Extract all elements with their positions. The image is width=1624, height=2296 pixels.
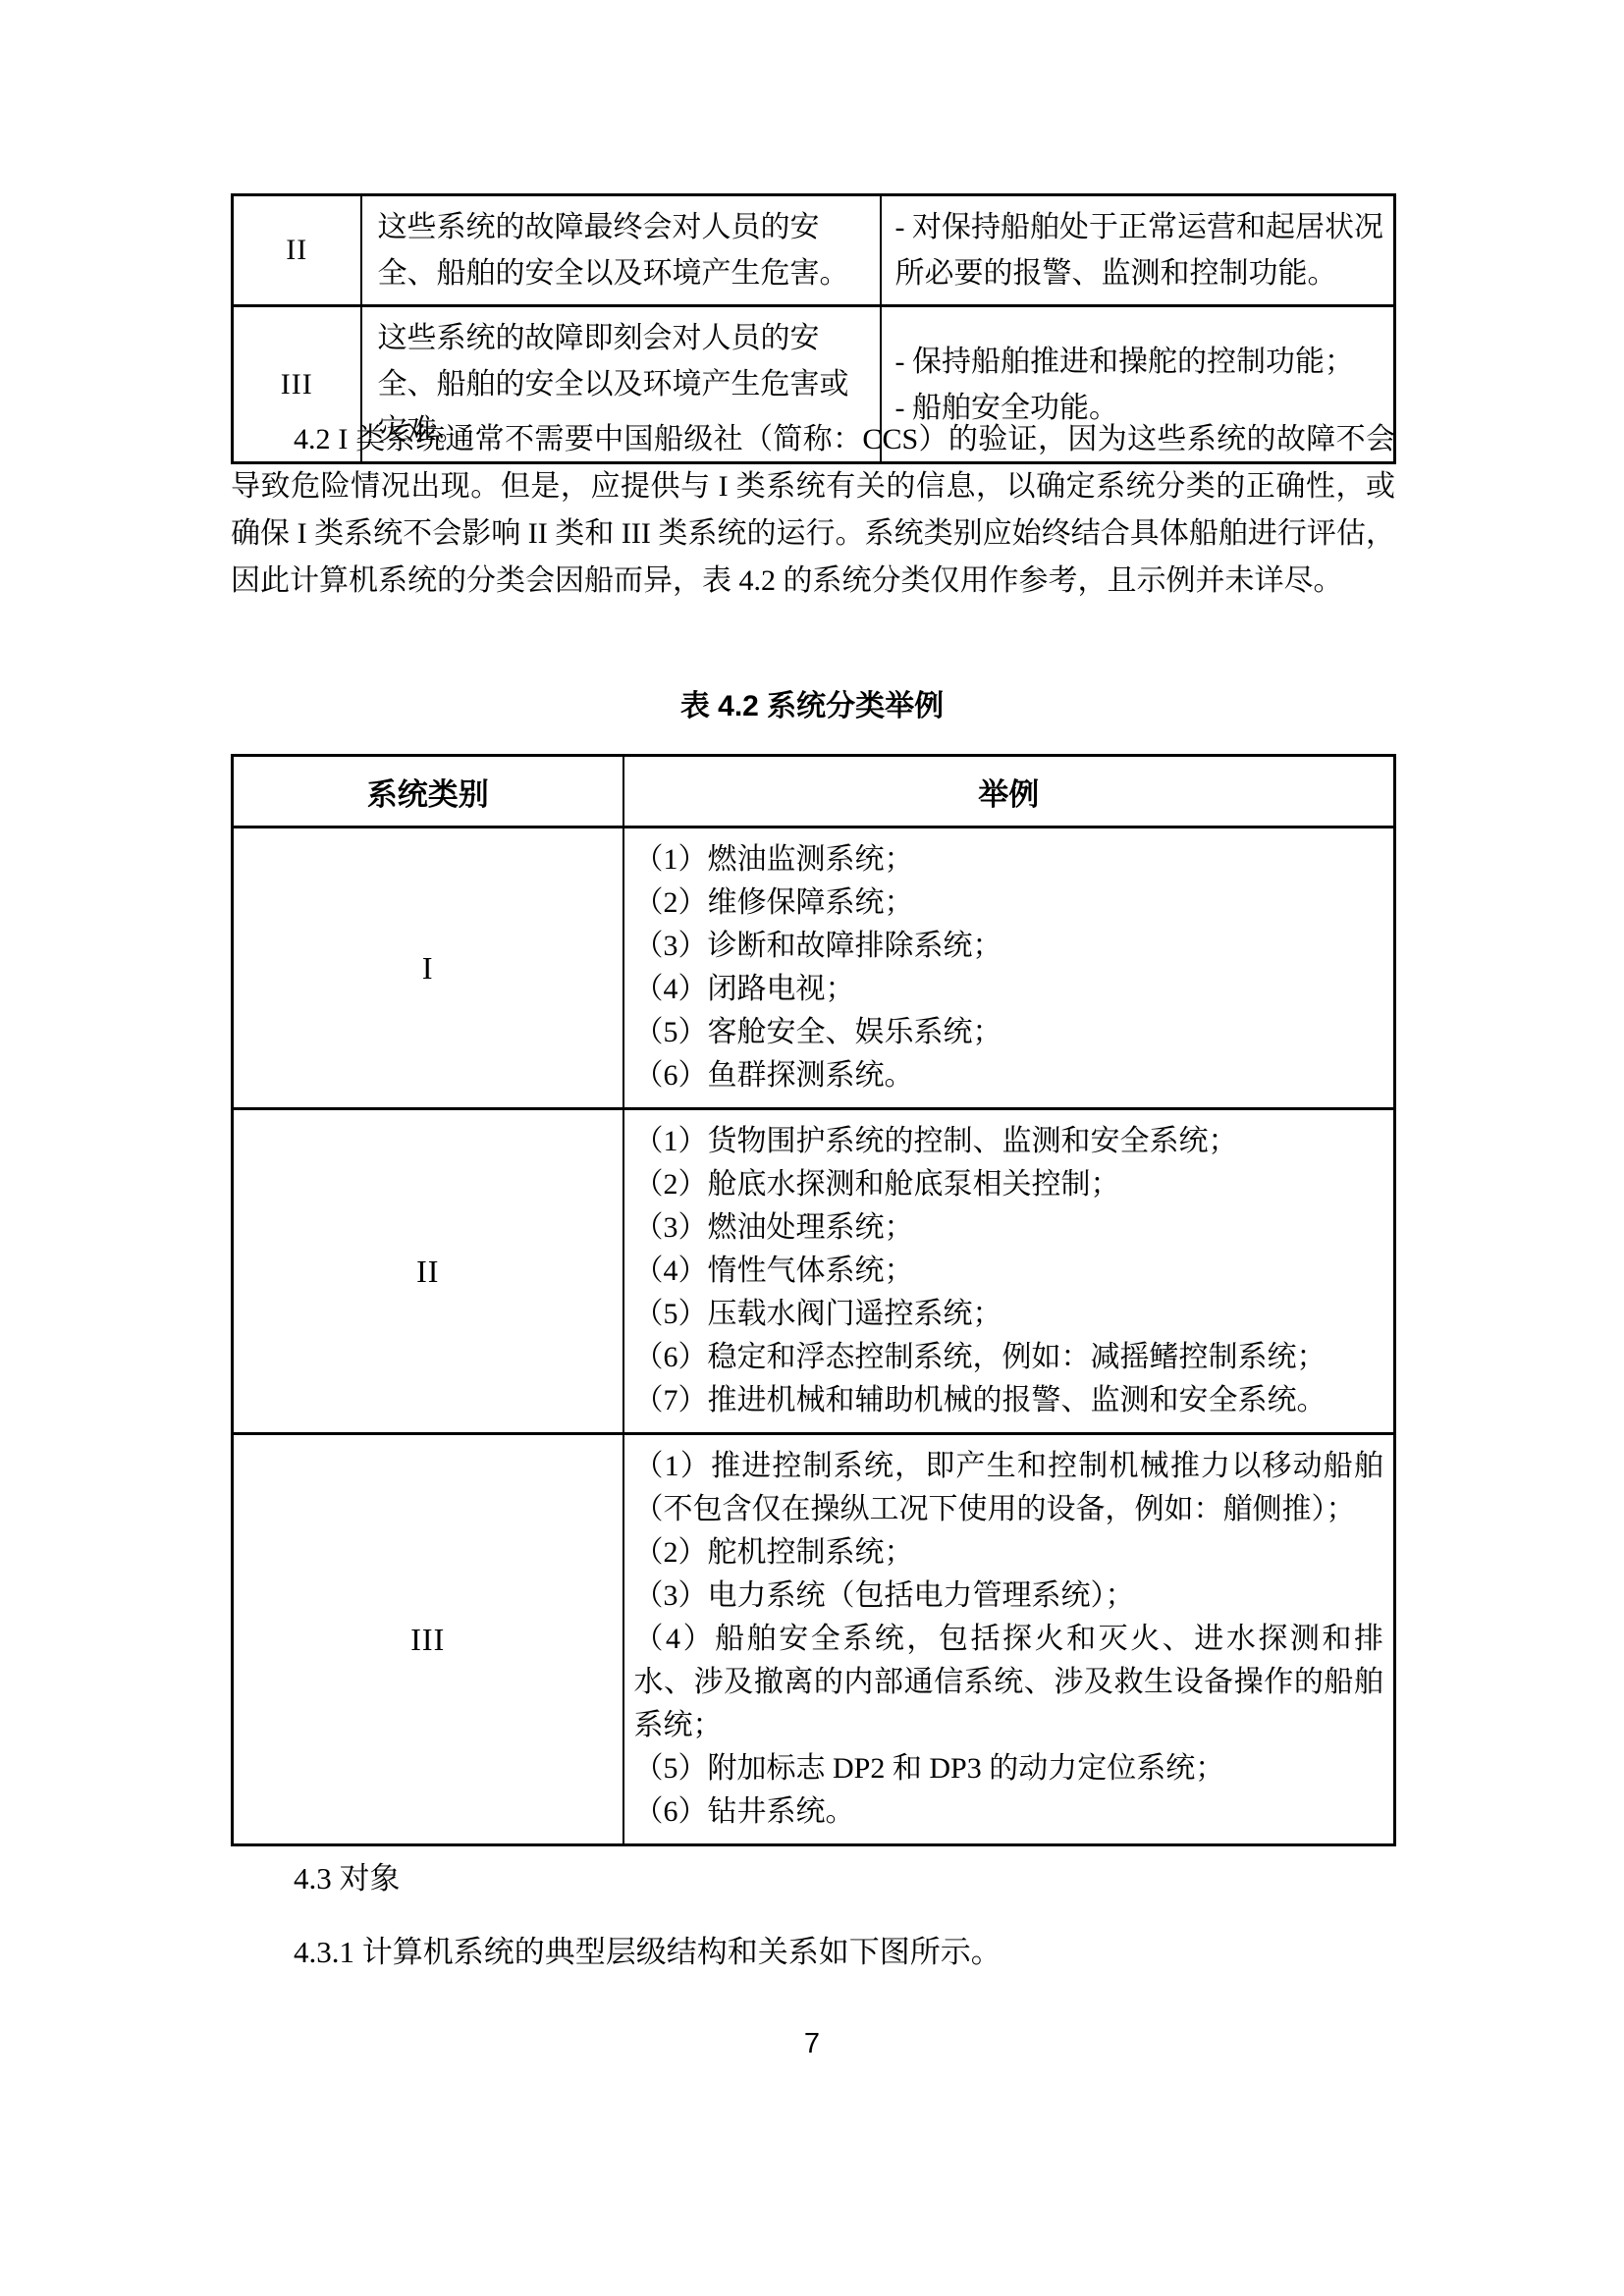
example-item: （5）附加标志 DP2 和 DP3 的动力定位系统； [634,1747,1384,1790]
example-item: （1）推进控制系统，即产生和控制机械推力以移动船舶（不包含仅在操纵工况下使用的设… [634,1445,1384,1531]
page-number: 7 [231,2028,1393,2060]
header-category: 系统类别 [233,756,623,828]
example-item: （2）维修保障系统； [634,881,1384,925]
table-row: I （1）燃油监测系统； （2）维修保障系统； （3）诊断和故障排除系统； （4… [233,828,1395,1109]
example-item: （1）燃油监测系统； [634,838,1384,881]
example-item: （2）舵机控制系统； [634,1531,1384,1575]
category-cell: II [233,1109,623,1434]
function-item: - 对保持船舶处于正常运营和起居状况所必要的报警、监测和控制功能。 [895,204,1386,296]
functions-cell: - 对保持船舶处于正常运营和起居状况所必要的报警、监测和控制功能。 [881,195,1395,306]
description-cell: 这些系统的故障最终会对人员的安全、船舶的安全以及环境产生危害。 [361,195,881,306]
example-item: （7）推进机械和辅助机械的报警、监测和安全系统。 [634,1379,1384,1422]
example-item: （4）闭路电视； [634,968,1384,1011]
examples-cell: （1）燃油监测系统； （2）维修保障系统； （3）诊断和故障排除系统； （4）闭… [623,828,1395,1109]
example-item: （6）稳定和浮态控制系统，例如：减摇鳍控制系统； [634,1336,1384,1379]
document-page: II 这些系统的故障最终会对人员的安全、船舶的安全以及环境产生危害。 - 对保持… [0,0,1624,2296]
category-cell: II [233,195,361,306]
example-item: （2）舱底水探测和舱底泵相关控制； [634,1163,1384,1206]
example-item: （6）鱼群探测系统。 [634,1054,1384,1097]
table-row: II （1）货物围护系统的控制、监测和安全系统； （2）舱底水探测和舱底泵相关控… [233,1109,1395,1434]
paragraph-4-2: 4.2 I 类系统通常不需要中国船级社（简称：CCS）的验证，因为这些系统的故障… [231,416,1395,605]
examples-cell: （1）货物围护系统的控制、监测和安全系统； （2）舱底水探测和舱底泵相关控制； … [623,1109,1395,1434]
example-item: （1）货物围护系统的控制、监测和安全系统； [634,1120,1384,1163]
category-cell: III [233,1434,623,1845]
examples-cell: （1）推进控制系统，即产生和控制机械推力以移动船舶（不包含仅在操纵工况下使用的设… [623,1434,1395,1845]
function-item: - 保持船舶推进和操舵的控制功能； [895,339,1386,385]
section-4-3-1: 4.3.1 计算机系统的典型层级结构和关系如下图所示。 [231,1932,1395,1973]
example-item: （3）电力系统（包括电力管理系统）； [634,1575,1384,1618]
example-item: （5）压载水阀门遥控系统； [634,1293,1384,1336]
header-examples: 举例 [623,756,1395,828]
table-header-row: 系统类别 举例 [233,756,1395,828]
example-item: （3）燃油处理系统； [634,1206,1384,1250]
table-row: III （1）推进控制系统，即产生和控制机械推力以移动船舶（不包含仅在操纵工况下… [233,1434,1395,1845]
example-item: （4）船舶安全系统，包括探火和灭火、进水探测和排水、涉及撤离的内部通信系统、涉及… [634,1618,1384,1747]
table-row: II 这些系统的故障最终会对人员的安全、船舶的安全以及环境产生危害。 - 对保持… [233,195,1395,306]
example-item: （6）钻井系统。 [634,1790,1384,1834]
section-4-3-heading: 4.3 对象 [231,1858,1395,1899]
category-cell: I [233,828,623,1109]
example-item: （3）诊断和故障排除系统； [634,925,1384,968]
example-item: （4）惰性气体系统； [634,1250,1384,1293]
example-item: （5）客舱安全、娱乐系统； [634,1011,1384,1054]
classification-table: 系统类别 举例 I （1）燃油监测系统； （2）维修保障系统； （3）诊断和故障… [231,754,1396,1846]
table-4-2-caption: 表 4.2 系统分类举例 [231,687,1393,726]
